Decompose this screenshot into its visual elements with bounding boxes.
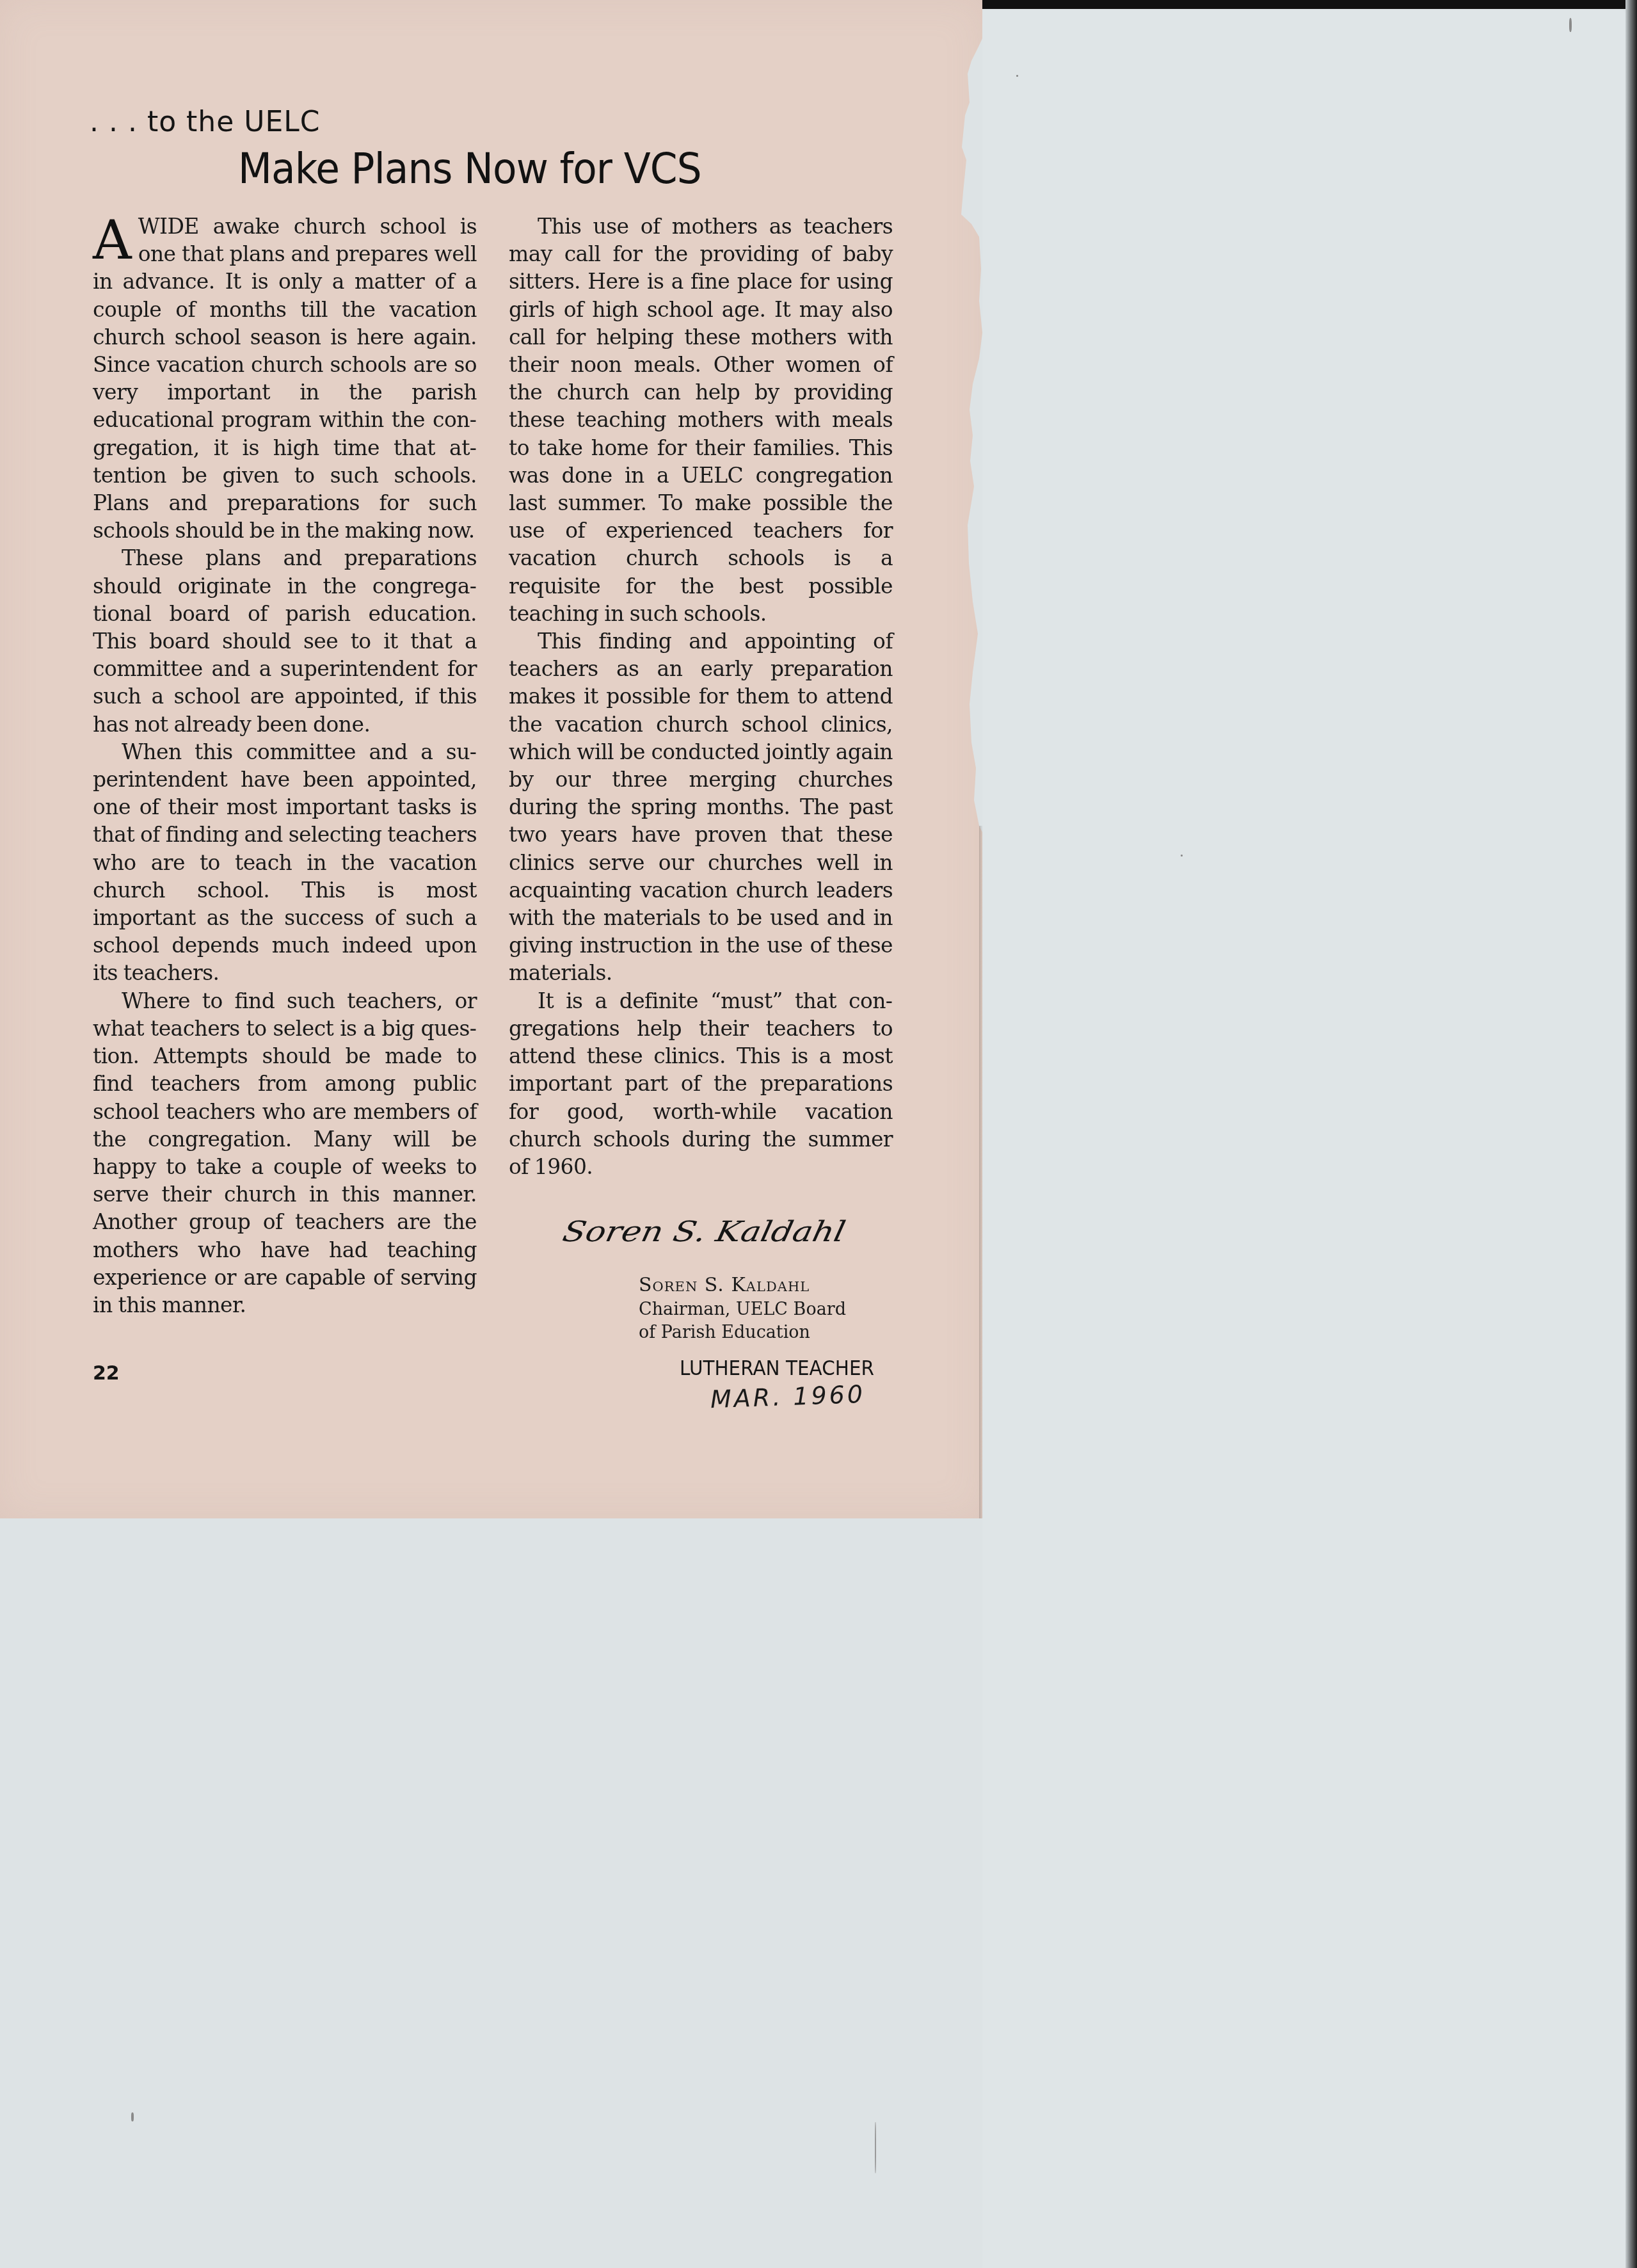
paragraph: Where to find such teachers, or what tea…: [93, 987, 477, 1319]
author-name: Soren S. Kaldahl: [639, 1274, 810, 1296]
scanner-bed: [982, 8, 1627, 2268]
publication-name: LUTHERAN TEACHER: [680, 1356, 874, 1380]
paragraph-text: This use of mothers as teachers may call…: [509, 214, 893, 626]
section-kicker: . . . to the UELC: [90, 106, 321, 138]
paper-edge-shadow: [979, 826, 983, 1518]
paragraph: When this committee and a su­perintenden…: [93, 738, 477, 987]
dust-speck: [131, 2112, 134, 2121]
paragraph: This use of mothers as teachers may call…: [509, 213, 893, 627]
right-column: This use of mothers as teachers may call…: [509, 213, 893, 1180]
scanner-border-right: [1625, 0, 1637, 2268]
dust-speck: [1016, 75, 1018, 77]
dust-speck: [1569, 18, 1572, 32]
author-title: Chairman, UELC Board of Parish Education: [639, 1298, 895, 1344]
paragraph-text: When this committee and a su­perintenden…: [93, 739, 477, 986]
paragraph: AWIDE awake church school is one that pl…: [93, 213, 477, 544]
page-number: 22: [93, 1362, 120, 1385]
author-title-line: Chairman, UELC Board: [639, 1298, 895, 1321]
left-column: AWIDE awake church school is one that pl…: [93, 213, 477, 1319]
paragraph: It is a definite “must” that con­gregati…: [509, 987, 893, 1180]
dust-speck: [1181, 855, 1183, 857]
magazine-page: . . . to the UELC Make Plans Now for VCS…: [0, 0, 983, 1518]
handwritten-date: MAR. 1960: [710, 1380, 865, 1413]
drop-cap: A: [93, 218, 132, 262]
author-title-line: of Parish Education: [639, 1321, 895, 1344]
handwritten-signature: Soren S. Kaldahl: [560, 1216, 849, 1249]
paragraph-text: Where to find such teachers, or what tea…: [93, 988, 477, 1317]
scratch-mark: [875, 2122, 876, 2173]
paragraph: This finding and appointing of teachers …: [509, 627, 893, 987]
paragraph-text: These plans and preparations should orig…: [93, 545, 477, 736]
paragraph-text: This finding and appointing of teachers …: [509, 629, 893, 985]
paragraph-text: WIDE awake church school is one that pla…: [93, 214, 477, 543]
article-title: Make Plans Now for VCS: [238, 144, 701, 193]
scanner-border-top: [982, 0, 1637, 9]
paragraph: These plans and preparations should orig…: [93, 544, 477, 737]
paragraph-text: It is a definite “must” that con­gregati…: [509, 988, 893, 1179]
